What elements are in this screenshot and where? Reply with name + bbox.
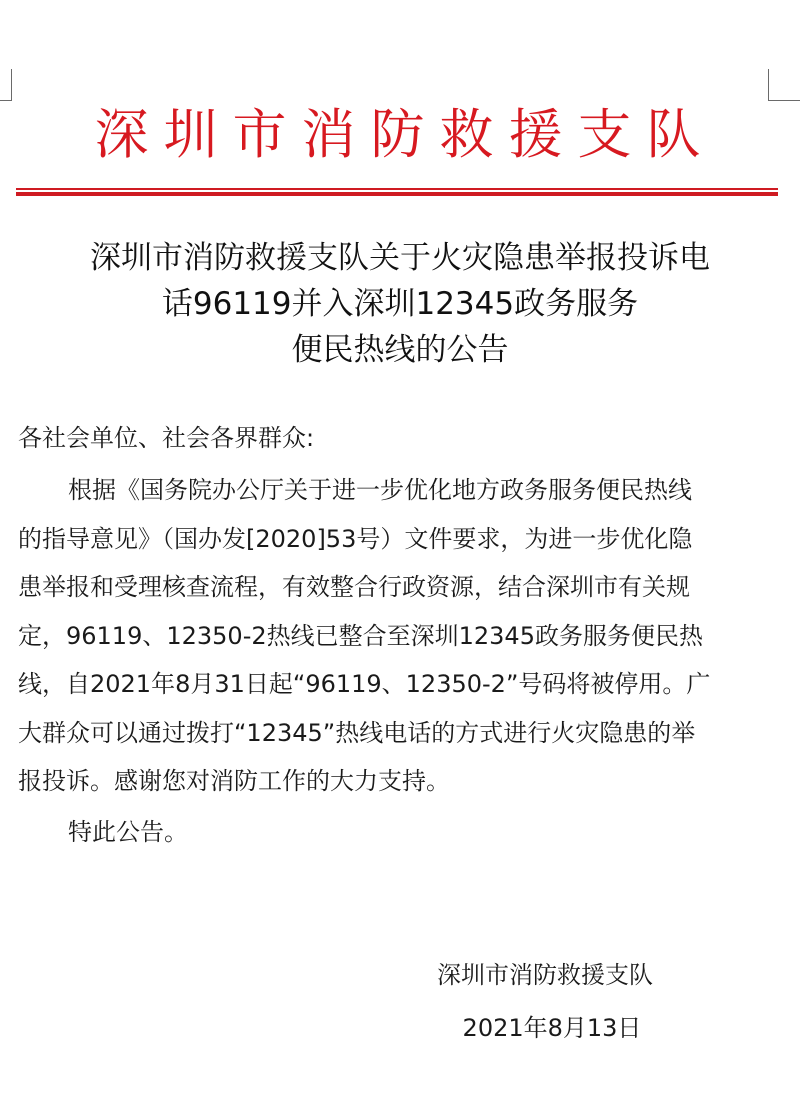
- title-line: 便民热线的公告: [0, 327, 800, 373]
- letterhead-rule-thin: [16, 188, 778, 190]
- paragraph-line: 定，96119、12350-2热线已整合至深圳12345政务服务便民热: [18, 616, 788, 665]
- closing-statement: 特此公告。: [68, 812, 188, 852]
- paragraph-line: 根据《国务院办公厅关于进一步优化地方政务服务便民热线: [18, 470, 788, 519]
- signature-issuer: 深圳市消防救援支队: [420, 955, 670, 995]
- paragraph-line: 患举报和受理核查流程，有效整合行政资源，结合深圳市有关规: [18, 567, 788, 616]
- signature-block: 深圳市消防救援支队 2021年8月13日: [420, 955, 670, 1048]
- body-paragraph: 根据《国务院办公厅关于进一步优化地方政务服务便民热线 的指导意见》（国办发[20…: [18, 470, 788, 810]
- letterhead-org-name: 深圳市消防救援支队: [0, 100, 800, 170]
- document-title: 深圳市消防救援支队关于火灾隐患举报投诉电 话96119并入深圳12345政务服务…: [0, 235, 800, 373]
- paragraph-line: 线，自2021年8月31日起“96119、12350-2”号码将被停用。广: [18, 664, 788, 713]
- crop-mark-left: [0, 69, 12, 101]
- title-line: 深圳市消防救援支队关于火灾隐患举报投诉电: [0, 235, 800, 281]
- paragraph-line: 报投诉。感谢您对消防工作的大力支持。: [18, 761, 788, 810]
- salutation: 各社会单位、社会各界群众:: [18, 420, 314, 456]
- title-line: 话96119并入深圳12345政务服务: [0, 281, 800, 327]
- crop-mark-right: [768, 69, 800, 101]
- paragraph-line: 大群众可以通过拨打“12345”热线电话的方式进行火灾隐患的举: [18, 713, 788, 762]
- paragraph-line: 的指导意见》（国办发[2020]53号）文件要求，为进一步优化隐: [18, 519, 788, 568]
- signature-date: 2021年8月13日: [420, 1008, 670, 1048]
- letterhead-rule-thick: [16, 192, 778, 196]
